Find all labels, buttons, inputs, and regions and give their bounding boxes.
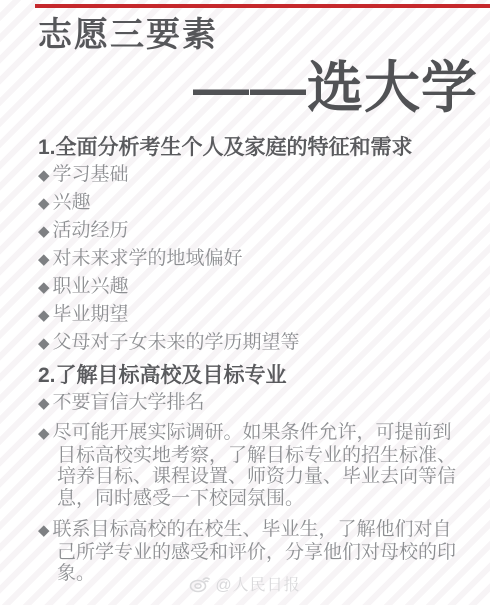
watermark-text: @人民日报	[215, 577, 300, 594]
page-subtitle: ——选大学	[38, 57, 478, 119]
diamond-bullet-icon: ◆	[38, 335, 50, 352]
diamond-bullet-icon: ◆	[38, 167, 50, 184]
list-item: ◆对未来求学的地域偏好	[38, 245, 478, 273]
paragraph-text: 联系目标高校的在校生、毕业生，了解他们对自	[53, 519, 452, 540]
weibo-icon	[189, 575, 211, 593]
list-item: ◆活动经历	[38, 217, 478, 245]
paragraph-line: ◆联系目标高校的在校生、毕业生，了解他们对自	[57, 519, 478, 542]
list-item: ◆兴趣	[38, 189, 478, 217]
paragraph-item: ◆尽可能开展实际调研。如果条件允许，可提前到 目标高校实地考察，了解目标专业的招…	[38, 422, 478, 509]
diamond-bullet-icon: ◆	[38, 307, 50, 324]
list-item: ◆学习基础	[38, 161, 478, 189]
list-item: ◆不要盲信大学排名	[38, 389, 478, 417]
paragraph-text: 尽可能开展实际调研。如果条件允许，可提前到	[53, 422, 452, 443]
list-item: ◆父母对子女未来的学历期望等	[38, 329, 478, 357]
list-item-text: 学习基础	[53, 164, 129, 185]
list-item-text: 兴趣	[53, 192, 91, 213]
paragraph-line: 目标高校实地考察，了解目标专业的招生标准、	[57, 445, 478, 467]
diamond-bullet-icon: ◆	[38, 223, 50, 240]
paragraph-line: 息，同时感受一下校园氛围。	[57, 488, 478, 510]
section-1-heading: 1.全面分析考生个人及家庭的特征和需求	[38, 135, 478, 161]
list-item-text: 不要盲信大学排名	[53, 392, 205, 413]
list-item-text: 职业兴趣	[53, 276, 129, 297]
diamond-bullet-icon: ◆	[38, 279, 50, 296]
list-item-text: 对未来求学的地域偏好	[53, 248, 243, 269]
diamond-bullet-icon: ◆	[38, 251, 50, 268]
list-item: ◆毕业期望	[38, 301, 478, 329]
infographic-page: 志愿三要素 ——选大学 1.全面分析考生个人及家庭的特征和需求 ◆学习基础 ◆兴…	[0, 0, 490, 605]
list-item-text: 活动经历	[53, 220, 129, 241]
diamond-bullet-icon: ◆	[38, 425, 50, 442]
list-item: ◆职业兴趣	[38, 273, 478, 301]
top-rule	[35, 4, 490, 8]
list-item-text: 父母对子女未来的学历期望等	[53, 332, 300, 353]
diamond-bullet-icon: ◆	[38, 522, 50, 539]
list-item-text: 毕业期望	[53, 304, 129, 325]
paragraph-line: ◆尽可能开展实际调研。如果条件允许，可提前到	[57, 422, 478, 445]
page-title: 志愿三要素	[38, 0, 478, 55]
paragraph-line: 培养目标、课程设置、师资力量、毕业去向等信	[57, 466, 478, 488]
diamond-bullet-icon: ◆	[38, 195, 50, 212]
watermark: @人民日报	[0, 572, 490, 595]
section-2-heading: 2.了解目标高校及目标专业	[38, 363, 478, 389]
diamond-bullet-icon: ◆	[38, 395, 50, 412]
paragraph-line: 己所学专业的感受和评价，分享他们对母校的印	[57, 542, 478, 564]
